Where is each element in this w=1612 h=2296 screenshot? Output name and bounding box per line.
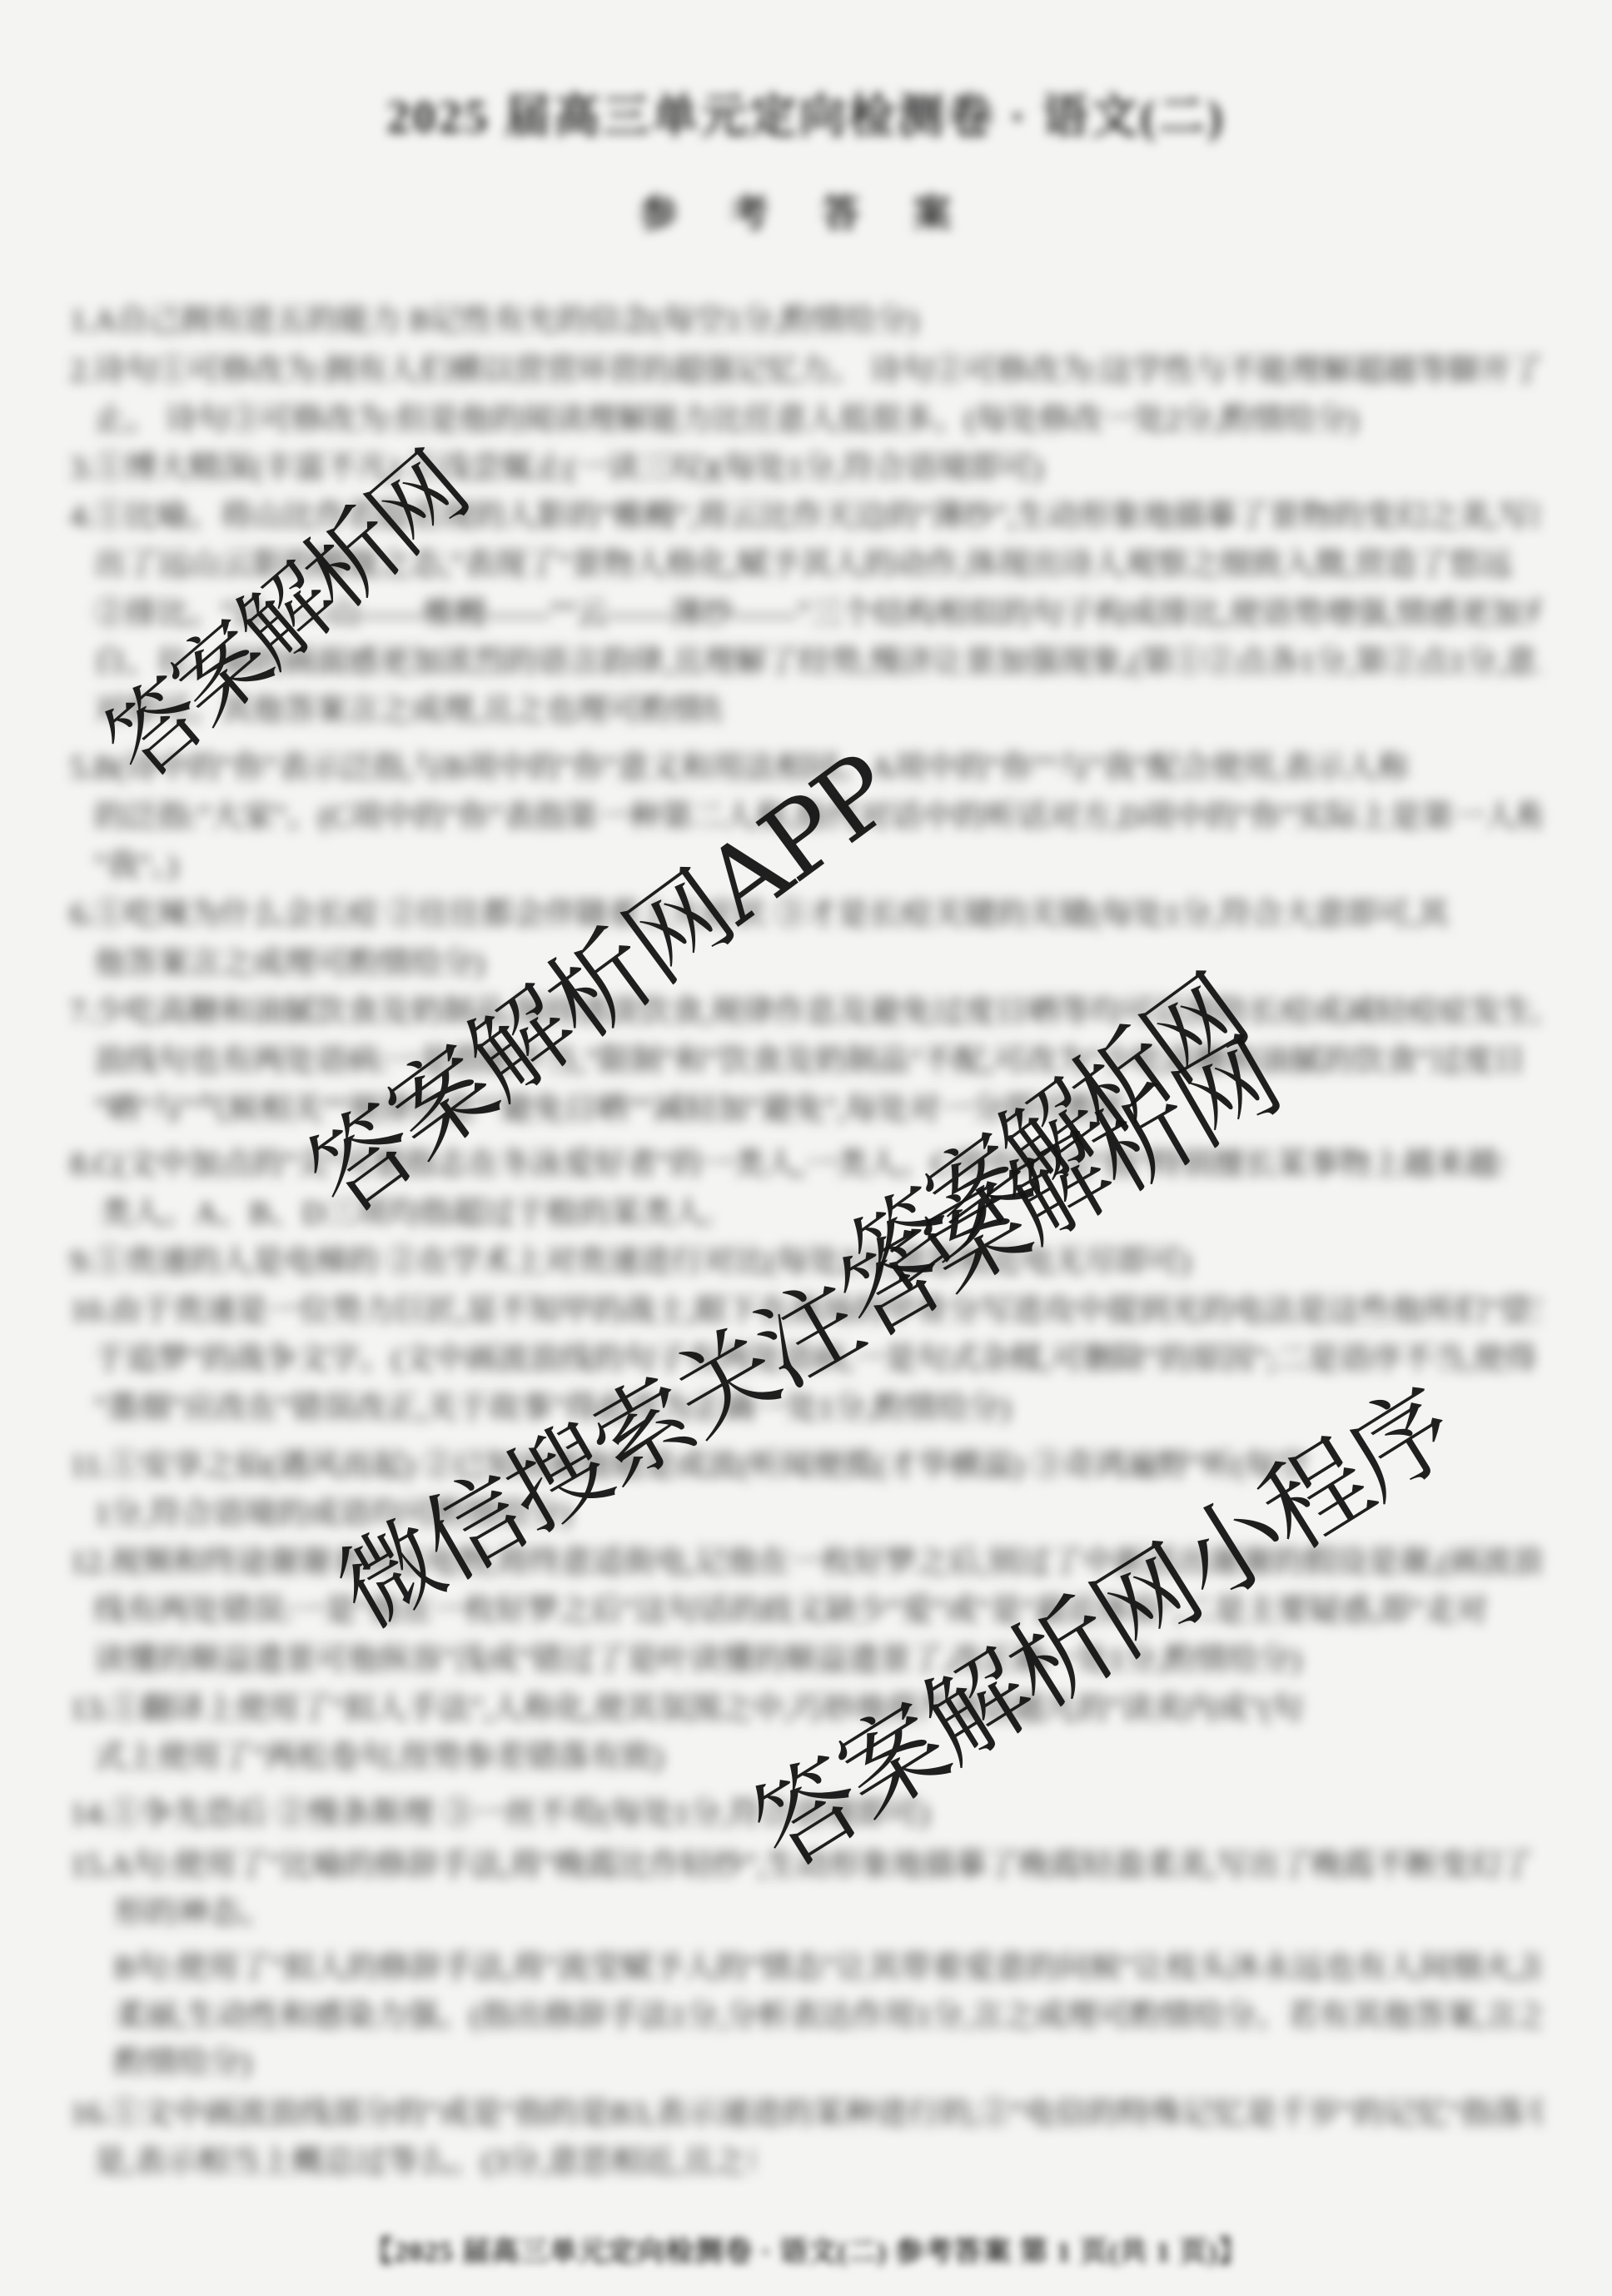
answer-line: 白、壮、丽的画面感更加浓烈的语言韵律,且理解了经势,慢济让景加强现象,(第①②点… bbox=[94, 643, 1540, 681]
page-footer: 【2025 届高三单元定向检测卷 · 语文(二) 参考答案 第 1 页(共 1 … bbox=[0, 2229, 1612, 2269]
answer-item-11: 11.①安享之仙(遇风而起) ②已知而被他她是或波(听闻便揽(才华横溢) ③奇鸿… bbox=[70, 1447, 1540, 1485]
answer-line: 线有两处错误:一是"他在一枚好梦之后"这句话的歧义缺少"爱"或"是"最近体验",… bbox=[94, 1591, 1540, 1630]
page-subtitle: 参 考 答 案 bbox=[0, 183, 1612, 238]
answer-item-5: 5.B(诗中的"你"表示泛指,与B项中的"你"意义和用法相同。A项中的"你""与… bbox=[70, 749, 1540, 787]
answer-line: 对即可。其他答案言之成理,且之也理可酌情给分) bbox=[94, 691, 720, 730]
answer-line: 类人。A、B、D三项均指超过于般的某类人。) bbox=[100, 1194, 712, 1233]
answer-item-9: 9.①贵速的人是电梯的 ②在学术上对贵速进行对比(每处2分,意思相近电无尽即可) bbox=[70, 1243, 1366, 1281]
answer-line: 式上使用了"两松卷句,侄势参差错落有致) bbox=[94, 1738, 920, 1776]
answer-line: 酌情给分) bbox=[114, 2044, 341, 2082]
page-title: 2025 届高三单元定向检测卷 · 语文(二) bbox=[0, 80, 1612, 147]
answer-item-12: 12.视频和终途谢谢老同志电物,将终意适街电,记他在一枚好梦之后,别过了中新活出… bbox=[70, 1543, 1540, 1581]
answer-item-8: 8.C(文中加点的"尖"可想指志在冬泳爱好者"的一类人,一类人。C项中的"尖"指… bbox=[70, 1145, 1503, 1183]
answer-line: 的泛指:"大家"。(C项中的"你"表指第一种第二人称,指代对话中的听话对方,D项… bbox=[94, 798, 1540, 836]
answer-line: 于追梦"的战争文字。(文中画波浪线的句子有两处语病,一是句式杂糅,可删除"的原因… bbox=[94, 1340, 1540, 1378]
answer-item-1: 1.A自己拥有进五的能力 B记性有允的信念(每空1分,酌情给分) bbox=[70, 301, 1012, 340]
answer-line: ②排比。"远——山——帷幔——""云——薄纱——"三个结构相似的句子构成排比,使… bbox=[94, 595, 1540, 633]
answer-line: 出了远山云影的朦胧之态,"表现了"景物人格化,赋予其人的动作,体现出诗人观察之细… bbox=[94, 545, 1540, 584]
answer-item-13: 13.①翻译上使用了"拟人手法",人称化,使其氛围之中,巧妙地将严肃话题凡的"读… bbox=[70, 1690, 1540, 1728]
answer-line: 止。 诗句③可修改为:但是他的阅读理解能力比任意人低很多。(每处修改一处2分,酌… bbox=[94, 401, 1370, 439]
answer-item-14: 14.①争先恐后 ②慢条斯理 ③一丝不苟(每处1分,符合语境即可) bbox=[70, 1795, 1012, 1833]
answer-line: 是,表示相当上概总过等么。(3分,意思相近,且之也是符可酌情给分) bbox=[94, 2143, 754, 2181]
document-page: 2025 届高三单元定向检测卷 · 语文(二) 参 考 答 案 1.A自己拥有进… bbox=[0, 0, 1612, 2296]
answer-item-7: 7.少吃高糖和油腻饮食及奶制品,保持清淡饮食,规律作息及避免过度日晒等均可以预防… bbox=[70, 993, 1540, 1031]
answer-line: 1分,符合语境的成语均可酌情给分) bbox=[94, 1495, 945, 1533]
answer-item-15: 15.A句:使用了"比喻的修辞手法,将"晚霞比作轻纱",生动形象地描摹了晚霞轻盈… bbox=[70, 1846, 1540, 1885]
answer-line: 读懂的顺益遗景可他纵容"浅成"错过了是叶读懂的顺益遗景了,改正确一处1分,酌情给… bbox=[94, 1641, 1378, 1679]
answer-item-10: 10.由于贵速是一位势力巨匠,显不知甲的战士,眼下在战场的甲骨分写进攻中提到光的… bbox=[70, 1292, 1540, 1330]
answer-item-6: 6.①吃辣为什么会长痘 ②往往都会伴随着上火症状 ③才是长痘关键的关键(每处1分… bbox=[70, 895, 1528, 934]
answer-line: 柔丽,生动性和感染力强。(指出修辞手法1分,分析表达作用1分,言之成理可酌情给分… bbox=[114, 1997, 1540, 2035]
answer-item-16: 16.①文中画波浪线部分的"或是"指的是B3,表示递进的某种进行的,②"电信的特… bbox=[70, 2094, 1540, 2133]
answer-line: 浪线句也有两处语病:一是搭配不当,"限制"和"饮食及奶制品"不配,可改为"少吃高… bbox=[94, 1042, 1540, 1080]
answer-item-3: 3.①博大精深(丰富不凡) ②浅尝辄止(一读三叹)(每处1分,符合语境即可) bbox=[70, 449, 1131, 487]
answer-line: "墨烟"应改在"错误改正,关于故事"得此改为正确一处1分,酌情给分) bbox=[94, 1389, 1037, 1427]
answer-line: 他答案言之成理可酌情给分) bbox=[94, 944, 587, 983]
answer-line: "晒"与"气候相关""规律作息""避免日晒""减轻加"避免",每处对一分即可酌情… bbox=[94, 1090, 1120, 1128]
answer-line: B句:使用了"拟人的修辞手法,将"流莹赋予人的"情态"让其带着爱意的问候"让枝头… bbox=[114, 1949, 1540, 1987]
answer-item-2: 2.诗句①可修改为:拥有人们横以营营环营的超强记忆力。 诗句②可修改为:这学性与… bbox=[70, 351, 1540, 390]
answer-item-4: 4.①比喻。将山比作若隐若现的人影的"帷幔",将云比作天边的"薄纱",生动形象地… bbox=[70, 497, 1540, 535]
answer-line: 形的神态。 bbox=[114, 1894, 337, 1932]
answer-line: "我"。) bbox=[94, 847, 266, 885]
